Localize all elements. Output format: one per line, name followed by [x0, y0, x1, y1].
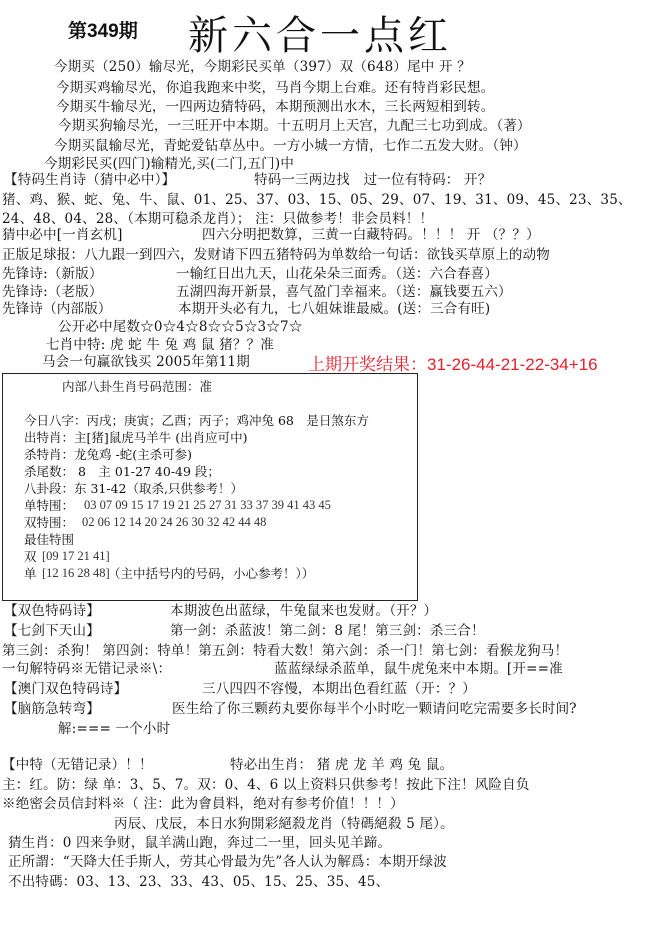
vanguard-text: 一输红日出九天，山花朵朵三面秀。（送：六合春喜）: [176, 265, 498, 283]
zodiac-poem-label: 【特码生肖诗（猜中必中）】: [4, 171, 175, 189]
kill-zodiac: 杀特肖：龙兔鸡 -蛇(主杀可参): [24, 446, 192, 463]
riddle-text: 医生给了你三颗药丸要你每半个小时吃一颗请问吃完需要多长时间?: [172, 700, 577, 718]
odd-range: 03 07 09 15 17 19 21 25 27 31 33 37 39 4…: [84, 497, 331, 514]
main-line: 主：红。防：绿 单：3、5、7。双：0、4、6 以上资料只供参考！按此下注！风险…: [2, 776, 530, 794]
secret-line: ※绝密会员信封料※（ 注：此为會員料，绝对有参考价值！！！）: [2, 795, 404, 813]
best-odd-label: 单: [24, 565, 37, 582]
out-zodiac: 出特肖：主[猪]鼠虎马羊牛 (出肖应可中): [24, 429, 247, 446]
special-label: 【中特（无错记录）！！: [2, 756, 153, 774]
horse-club: 马会一句赢欲钱买 2005年第11期: [42, 353, 250, 371]
zodiac-poem-text: 特码一三两边找 过一位有特码： 开？: [254, 171, 491, 189]
bazi-line: 今日八字：丙戌；庚寅；乙酉；丙子；鸡冲兔 68 是日煞东方: [24, 412, 369, 429]
guess-zodiac: 猜生肖：0 四来争财，鼠羊满山跑，奔过二一里，回头见羊蹄。: [8, 834, 391, 852]
color-poem-text: 本期波色出蓝绿，牛兔鼠来也发财。（开？）: [170, 602, 437, 620]
zodiac-poem-line1: 猪、鸡、猴、蛇、兔、牛、鼠、01、25、37、03、15、05、29、07、19…: [2, 191, 632, 209]
seven-swords-line1: 第一剑：杀蓝波！第二剑：8 尾！第三剑：杀三合！: [170, 622, 485, 640]
seven-swords-label: 【七剑下天山】: [4, 622, 100, 640]
vanguard-label: 先锋诗:（老版）: [2, 283, 103, 301]
best-even-label: 双: [24, 548, 37, 565]
kill-line: 丙辰、戊辰，本日水狗開彩絕殺龙肖（特碼絕殺 5 尾）。: [114, 815, 454, 833]
one-phrase-text: 蓝蓝绿绿杀蓝单，鼠牛虎兔来中本期。[开==准: [274, 660, 563, 678]
color-poem-label: 【双色特码诗】: [4, 602, 100, 620]
football-line: 正版足球报：八九跟一到四六，发财请下四五猪特码为单数给一句话：欲钱买草原上的动物: [2, 246, 550, 264]
guess-label: 猜中必中[一肖玄机]: [2, 226, 123, 244]
issue-number: 第349期: [68, 16, 138, 43]
macau-poem-text: 三八四四不容慢，本期出色看红蓝（开：？）: [202, 680, 476, 698]
vanguard-label: 先锋诗（内部版）: [2, 300, 112, 318]
tail-numbers: 公开必中尾数☆0☆4☆8☆☆5☆3☆7☆: [58, 318, 303, 336]
intro-line: 今期买鼠输尽光，青蛇爱钻草丛中。一方小城一方情，七作二五发大财。（钟）: [54, 137, 527, 155]
bagua-segment: 八卦段：东 31-42（取杀,只供参考！）: [24, 480, 243, 497]
vanguard-label: 先锋诗:（新版）: [2, 265, 103, 283]
best-label: 最佳特围: [24, 531, 74, 548]
one-phrase-label: 一句解特码※无错记录※\：: [2, 660, 171, 678]
even-range: 02 06 12 14 20 24 26 30 32 42 44 48: [82, 514, 266, 531]
vanguard-text: 五湖四海开新景，喜气盈门幸福来。（送：赢钱要五六）: [176, 283, 512, 301]
riddle-label: 【脑筋急转弯】: [4, 700, 100, 718]
intro-line: 今期买牛输尽光，一四两边猜特码，本期预测出水木，三长两短相到转。: [56, 98, 494, 116]
best-even: [09 17 21 41]: [42, 548, 110, 565]
bagua-title: 内部八卦生肖号码范围：准: [62, 378, 212, 395]
special-text: 特必出生肖： 猪 虎 龙 羊 鸡 兔 鼠。: [230, 756, 453, 774]
intro-line: 今期买狗输尽光，一三旺开中本期。十五明月上天宫，九配三七功到成。（著）: [58, 117, 531, 135]
vanguard-text: 本期开头必有九，七八姐妹谁最威。(送：三合有旺): [178, 300, 490, 318]
even-range-label: 双特围：: [24, 514, 74, 531]
kill-tail: 杀尾数： 8 主 01-27 40-49 段；: [24, 463, 220, 480]
saying-line: 正所謂：“天降大任手斯人，劳其心骨最为先”各人认为解爲：本期开绿波: [8, 853, 447, 871]
odd-range-label: 单特围：: [24, 497, 74, 514]
best-note: （主中括号内的号码，小心参考！））: [108, 565, 314, 582]
page-title: 新六合一点红: [188, 4, 452, 61]
best-odd: [12 16 28 48]: [42, 565, 110, 582]
intro-line: 今期买（250）输尽光，今期彩民买单（397）双（648）尾中 开 ？: [54, 58, 471, 76]
guess-text: 四六分明把数算，三黄一白藏特码。！！！ 开 （？？）: [202, 226, 540, 244]
last-result-label: 上期开奖结果：: [308, 355, 427, 374]
riddle-answer: 解:=== 一个小时: [58, 720, 170, 738]
last-result: 上期开奖结果：31-26-44-21-22-34+16: [308, 350, 598, 375]
seven-zodiac: 七肖中特: 虎 蛇 牛 兔 鸡 鼠 猪？？准: [46, 336, 274, 354]
intro-line: 今期买鸡输尽光，你追我跑来中奖，马肖今期上台难。还有特肖彩民想。: [56, 79, 494, 97]
macau-poem-label: 【澳门双色特码诗】: [4, 680, 127, 698]
last-result-numbers: 31-26-44-21-22-34+16: [427, 355, 598, 374]
no-special-line: 不出特碼：03、13、23、33、43、05、15、25、35、45、: [8, 873, 389, 891]
seven-swords-line2: 第三剑：杀狗！ 第四剑：特单！第五剑：特看大数！第六剑：杀一门！第七剑：看猴龙狗…: [2, 642, 568, 660]
